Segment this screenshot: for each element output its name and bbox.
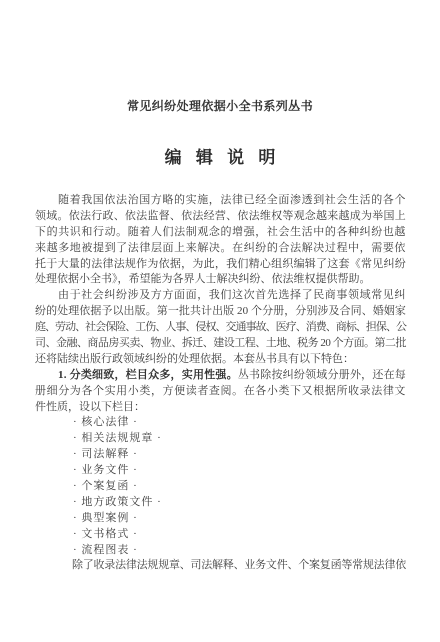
bullet-item: · 相关法规规章 · [35,431,406,447]
text-line: 司、金融、商品房买卖、物业、拆迁、建设工程、土地、税务 20 个方面。第二批 [35,336,406,352]
closing-line: 除了收录法律法规规章、司法解释、业务文件、个案复函等常规法律依 [35,558,406,574]
bullet-item: · 典型案例 · [35,511,406,527]
series-title: 常见纠纷处理依据小全书系列丛书 [0,97,440,114]
bullet-item: · 核心法律 · [35,415,406,431]
text-line: 托于大量的法律法规作为依据，为此，我们精心组织编辑了这套《常见纠纷 [35,257,406,273]
text-line: 纷的处理依据予以出版。第一批共计出版 20 个分册，分别涉及合同、婚姻家 [35,304,406,320]
text-line: 庭、劳动、社会保险、工伤、人事、侵权、交通事故、医疗、消费、商标、担保、公 [35,320,406,336]
text-line: 册细分为各个实用小类，方便读者查阅。在各小类下又根据所收录法律文 [35,384,406,400]
bullet-item: · 个案复函 · [35,479,406,495]
bullet-item: · 文书格式 · [35,527,406,543]
text-line: 下的共识和行动。随着人们法制观念的增强，社会生活中的各种纠纷也越 [35,225,406,241]
text-line: 来越多地被提到了法律层面上来解决。在纠纷的合法解决过程中，需要依 [35,241,406,257]
text-line: 还将陆续出版行政领域纠纷的处理依据。本套丛书具有以下特色： [35,352,406,368]
text-line: 由于社会纠纷涉及方方面面，我们这次首先选择了民商事领域常见纠 [35,288,406,304]
bullet-item: · 地方政策文件 · [35,495,406,511]
text-line: 领域。依法行政、依法监督、依法经营、依法维权等观念越来越成为举国上 [35,209,406,225]
book-page: 常见纠纷处理依据小全书系列丛书 编 辑 说 明 随着我国依法治国方略的实施，法律… [0,0,440,642]
bullet-item: · 流程图表 · [35,543,406,559]
bullet-item: · 司法解释 · [35,447,406,463]
body-text: 随着我国依法治国方略的实施，法律已经全面渗透到社会生活的各个领域。依法行政、依法… [35,193,406,574]
text-line: 件性质，设以下栏目： [35,400,406,416]
text-line: 随着我国依法治国方略的实施，法律已经全面渗透到社会生活的各个 [35,193,406,209]
text-line: 1. 分类细致，栏目众多，实用性强。丛书除按纠纷领域分册外，还在每 [35,368,406,384]
text-line: 处理依据小全书》，希望能为各界人士解决纠纷、依法维权提供帮助。 [35,272,406,288]
page-title: 编 辑 说 明 [0,143,440,168]
bullet-item: · 业务文件 · [35,463,406,479]
